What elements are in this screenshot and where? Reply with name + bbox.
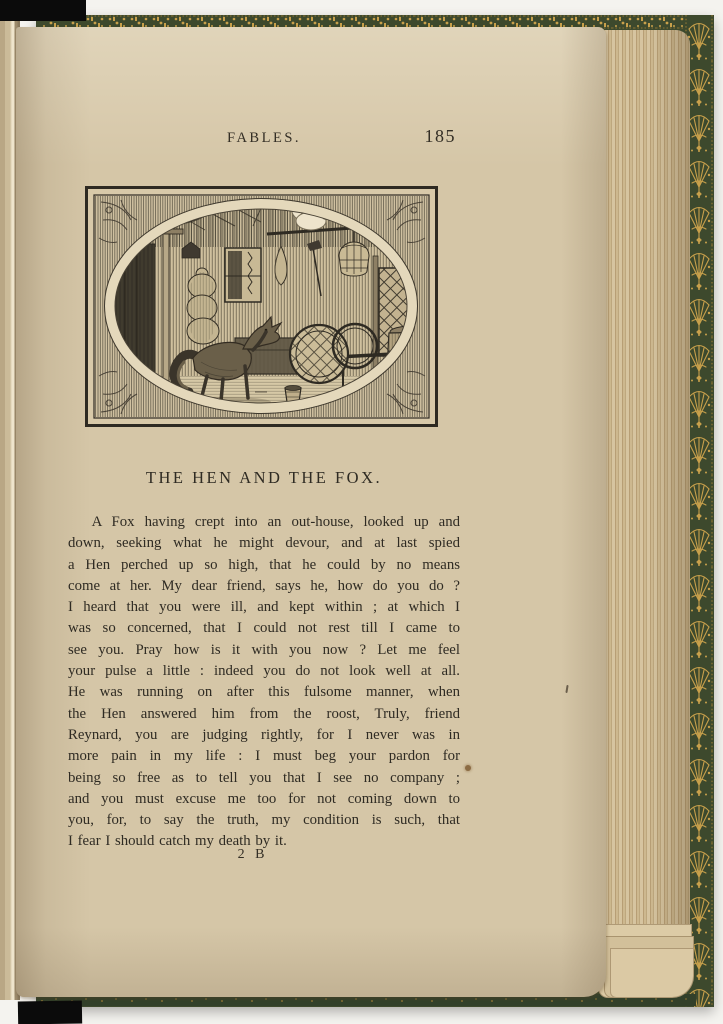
body-text-line: see you. Pray how is it with you now ? L… xyxy=(68,640,460,661)
page-header: FABLES. 185 xyxy=(68,128,460,152)
fable-title: THE HEN AND THE FOX. xyxy=(68,468,460,488)
body-text-line: the Hen answered him from the roost, Tru… xyxy=(68,704,460,725)
body-text-line: come at her. My dear friend, says he, ho… xyxy=(68,576,460,597)
body-text-line: being so free as to tell you that I see … xyxy=(68,768,460,789)
body-text-line: was so concerned, that I could not rest … xyxy=(68,618,460,639)
fable-body-text: A Fox having crept into an out-house, lo… xyxy=(68,512,460,853)
fable-engraving xyxy=(85,186,438,427)
body-text-line: He was running on after this fulsome man… xyxy=(68,682,460,703)
book-page: FABLES. 185 xyxy=(16,27,606,997)
fixture-clip-top xyxy=(0,0,86,21)
curled-page-edge xyxy=(610,948,694,998)
page-number: 185 xyxy=(425,126,457,147)
body-text-line: your pulse a little : indeed you do not … xyxy=(68,661,460,682)
body-text-line: I heard that you were ill, and kept with… xyxy=(68,597,460,618)
body-text-line: more pain in my life : I must beg your p… xyxy=(68,746,460,767)
body-text-line: you, for, to say the truth, my condition… xyxy=(68,810,460,831)
fixture-clip-bottom xyxy=(18,1000,82,1024)
foxing-spot xyxy=(465,765,471,771)
book-photograph: FABLES. 185 xyxy=(0,0,723,1024)
body-text-line: Reynard, you are judging rightly, for I … xyxy=(68,725,460,746)
ink-speck xyxy=(565,685,568,693)
running-title: FABLES. xyxy=(227,130,301,147)
body-text-line: a Hen perched up so high, that he could … xyxy=(68,555,460,576)
body-text-line: down, seeking what he might devour, and … xyxy=(68,533,460,554)
fore-edge-page-stack xyxy=(602,30,690,996)
body-text-line: A Fox having crept into an out-house, lo… xyxy=(68,512,460,533)
signature-mark: 2 B xyxy=(68,847,460,863)
body-text-line: and you must excuse me too for not comin… xyxy=(68,789,460,810)
